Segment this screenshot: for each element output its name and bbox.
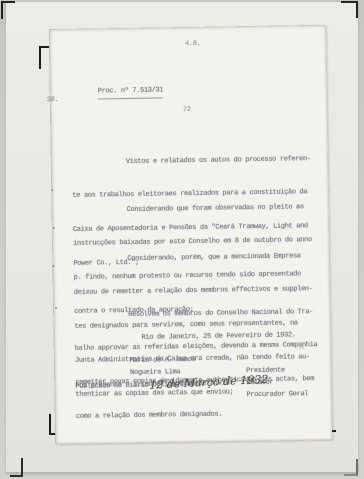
process-number: Proc. nº 7.513/31 [98, 85, 164, 99]
corner-mark-outer-top-left [1, 1, 15, 19]
signature-role: Procurador Geral [246, 389, 308, 401]
corner-mark-outer-top-right [341, 1, 358, 18]
typed-page: 4.8. Proc. nº 7.513/31 38. 72 Vistos e r… [49, 25, 332, 444]
paper-speck [52, 265, 54, 267]
paper-speck [55, 307, 57, 309]
corner-mark-outer-bottom-left [10, 458, 23, 477]
paper-speck [53, 227, 55, 229]
typed-line: Resolvem os membros do Conselho Nacional… [74, 307, 322, 322]
margin-note: 38. [47, 95, 59, 106]
page-note: 72 [183, 105, 191, 116]
corner-note: 4.8. [185, 39, 201, 51]
photographed-document: 4.8. Proc. nº 7.513/31 38. 72 Vistos e r… [0, 0, 364, 479]
corner-mark-outer-bottom-right [344, 459, 358, 476]
typed-line: como a relação dos membros designados. [76, 408, 324, 423]
typed-line: Considerando, porém, que a mencionada Em… [73, 251, 321, 266]
typed-line: Vistos e relatados os autos do processo … [72, 154, 320, 169]
paper-speck [51, 189, 53, 191]
typed-line: Considerando que foram observadas no ple… [73, 202, 321, 217]
x-mark: × [298, 342, 306, 352]
